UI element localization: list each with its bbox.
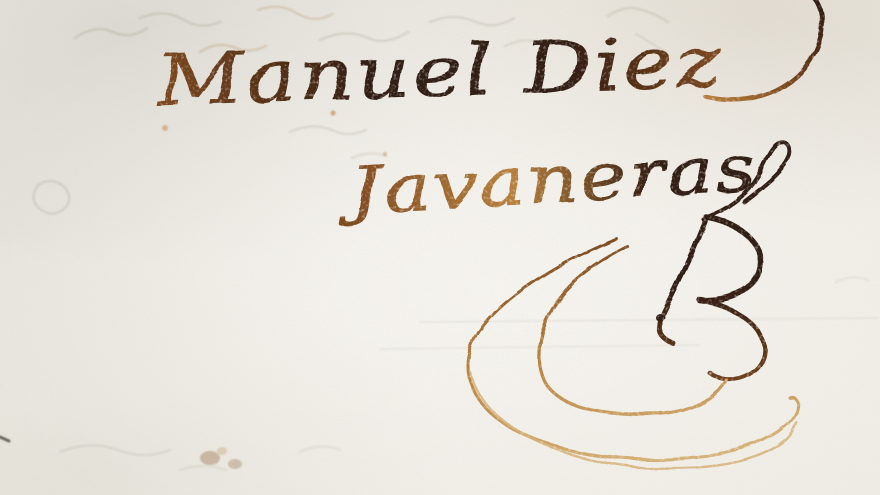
manuscript-photo: Manuel Diez Javaneras bbox=[0, 0, 880, 495]
paper-grain bbox=[0, 0, 880, 495]
manuscript-canvas: Manuel Diez Javaneras bbox=[0, 0, 880, 495]
